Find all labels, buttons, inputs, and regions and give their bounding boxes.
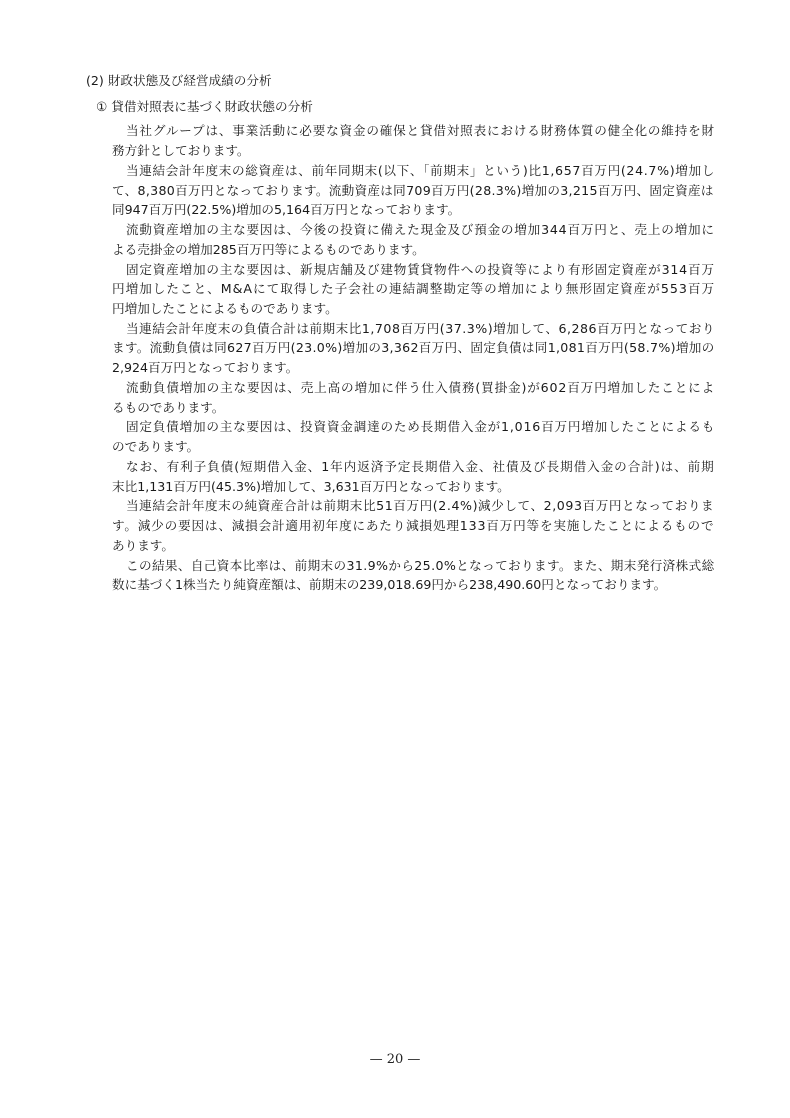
paragraph-line: るものであります。: [112, 400, 224, 416]
paragraph-line: 当連結会計年度末の負債合計は前期末比1,708百万円(37.3%)増加して、6,…: [126, 321, 715, 337]
paragraph-line: す。減少の要因は、減損会計適用初年度にあたり減損処理133百万円等を実施したこと…: [112, 518, 714, 534]
paragraph-line: 流動資産増加の主な要因は、今後の投資に備えた現金及び預金の増加344百万円と、売…: [126, 222, 715, 238]
paragraph-line: 当社グループは、事業活動に必要な資金の確保と貸借対照表における財務体質の健全化の…: [126, 123, 715, 139]
paragraph-line: 当連結会計年度末の総資産は、前年同期末(以下、「前期末」という)比1,657百万…: [126, 163, 715, 179]
page-number: — 20 —: [0, 1052, 790, 1067]
paragraph-line: この結果、自己資本比率は、前期末の31.9%から25.0%となっております。また…: [126, 558, 715, 574]
paragraph-line: 2,924百万円となっております。: [112, 360, 298, 376]
subsection-heading: ① 貸借対照表に基づく財政状態の分析: [96, 99, 313, 115]
paragraph-line: よる売掛金の増加285百万円等によるものであります。: [112, 242, 425, 258]
section-heading: (2) 財政状態及び経営成績の分析: [86, 73, 272, 89]
paragraph-line: 円増加したこと、M&Aにて取得した子会社の連結調整勘定等の増加により無形固定資産…: [112, 281, 715, 297]
paragraph-line: 数に基づく1株当たり純資産額は、前期末の239,018.69円から238,490…: [112, 577, 666, 593]
paragraph-line: 同947百万円(22.5%)増加の5,164百万円となっております。: [112, 202, 460, 218]
paragraph-line: 流動負債増加の主な要因は、売上高の増加に伴う仕入債務(買掛金)が602百万円増加…: [126, 380, 715, 396]
paragraph-line: 務方針としております。: [112, 143, 250, 159]
paragraph-line: 円増加したことによるものであります。: [112, 301, 338, 317]
paragraph-line: なお、有利子負債(短期借入金、1年内返済予定長期借入金、社債及び長期借入金の合計…: [126, 459, 715, 475]
paragraph-line: 当連結会計年度末の純資産合計は前期末比51百万円(2.4%)減少して、2,093…: [126, 498, 714, 514]
paragraph-line: 固定負債増加の主な要因は、投資資金調達のため長期借入金が1,016百万円増加した…: [126, 419, 715, 435]
paragraph-line: て、8,380百万円となっております。流動資産は同709百万円(28.3%)増加…: [112, 183, 714, 199]
paragraph-line: 固定資産増加の主な要因は、新規店舗及び建物賃貸物件への投資等により有形固定資産が…: [126, 262, 715, 278]
paragraph-line: ます。流動負債は同627百万円(23.0%)増加の3,362百万円、固定負債は同…: [112, 340, 715, 356]
paragraph-line: あります。: [112, 538, 174, 554]
paragraph-line: 末比1,131百万円(45.3%)増加して、3,631百万円となっております。: [112, 479, 510, 495]
paragraph-line: のであります。: [112, 439, 199, 455]
